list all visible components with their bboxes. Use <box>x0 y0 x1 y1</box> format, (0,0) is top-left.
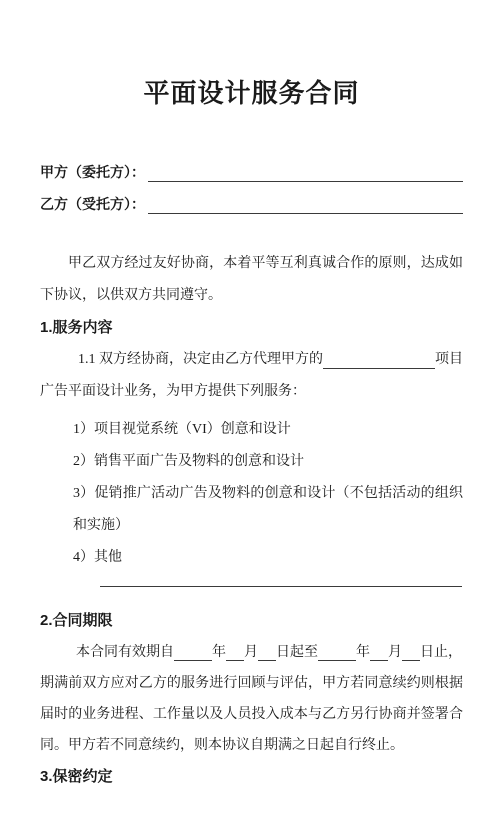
year-fill-blank <box>174 637 212 661</box>
contract-page: 平面设计服务合同 甲方（委托方）： 乙方（受托方）： 甲乙双方经过友好协商，本着… <box>0 0 500 831</box>
section-1-heading: 1.服务内容 <box>40 312 463 344</box>
service-items-list: 1）项目视觉系统（VI）创意和设计 2）销售平面广告及物料的创意和设计 3）促销… <box>40 414 463 574</box>
clause-1-1-fill-blank <box>323 344 435 369</box>
intro-line-1: 甲乙双方经过友好协商，本着平等互利真诚合作的原则，达成如 <box>40 248 463 280</box>
clause-1-1-line-2: 广告平面设计业务，为甲方提供下列服务： <box>40 376 463 408</box>
section-2-heading: 2.合同期限 <box>40 605 463 637</box>
date-segment: 日止， <box>420 637 462 668</box>
section-3-heading: 3.保密约定 <box>40 761 463 793</box>
party-a-fill-blank <box>148 156 463 182</box>
clause-1-1-row: 1.1 双方经协商，决定由乙方代理甲方的 项目 <box>40 344 463 376</box>
year-fill-blank <box>318 637 356 661</box>
other-services-fill-blank <box>100 580 462 587</box>
intro-line-2: 下协议，以供双方共同遵守。 <box>40 280 463 312</box>
date-segment: 月 <box>388 637 402 668</box>
party-block: 甲方（委托方）： 乙方（受托方）： <box>40 156 463 220</box>
date-segment: 日起至 <box>276 637 318 668</box>
list-item: 2）销售平面广告及物料的创意和设计 <box>40 446 463 478</box>
date-segment: 本合同有效期自 <box>76 637 174 668</box>
day-fill-blank <box>258 637 276 661</box>
intro-paragraph: 甲乙双方经过友好协商，本着平等互利真诚合作的原则，达成如 下协议，以供双方共同遵… <box>40 248 463 312</box>
date-segment: 月 <box>244 637 258 668</box>
day-fill-blank <box>402 637 420 661</box>
party-b-fill-blank <box>148 188 463 214</box>
month-fill-blank <box>370 637 388 661</box>
term-paragraph-line-3: 届时的业务进程、工作量以及人员投入成本与乙方另行协商并签署合 <box>40 699 463 730</box>
list-item: 4）其他 <box>40 542 463 574</box>
month-fill-blank <box>226 637 244 661</box>
contract-term-date-row: 本合同有效期自 年 月 日起至 年 月 日止， <box>40 637 463 668</box>
list-item: 1）项目视觉系统（VI）创意和设计 <box>40 414 463 446</box>
list-item-line-2: 和实施） <box>73 510 463 542</box>
date-segment: 年 <box>356 637 370 668</box>
clause-1-1-suffix: 项目 <box>435 344 463 376</box>
document-title: 平面设计服务合同 <box>40 78 463 108</box>
party-b-row: 乙方（受托方）： <box>40 188 463 220</box>
list-item-line-1: 3）促销推广活动广告及物料的创意和设计（不包括活动的组织 <box>73 478 463 510</box>
party-a-label: 甲方（委托方）： <box>40 156 145 188</box>
list-item: 3）促销推广活动广告及物料的创意和设计（不包括活动的组织 和实施） <box>40 478 463 542</box>
party-b-label: 乙方（受托方）： <box>40 188 145 220</box>
term-paragraph-line-2: 期满前双方应对乙方的服务进行回顾与评估，甲方若同意续约则根据 <box>40 668 463 699</box>
clause-1-1-prefix: 1.1 双方经协商，决定由乙方代理甲方的 <box>78 344 323 376</box>
party-a-row: 甲方（委托方）： <box>40 156 463 188</box>
date-segment: 年 <box>212 637 226 668</box>
term-paragraph-line-4: 同。甲方若不同意续约，则本协议自期满之日起自行终止。 <box>40 730 463 761</box>
